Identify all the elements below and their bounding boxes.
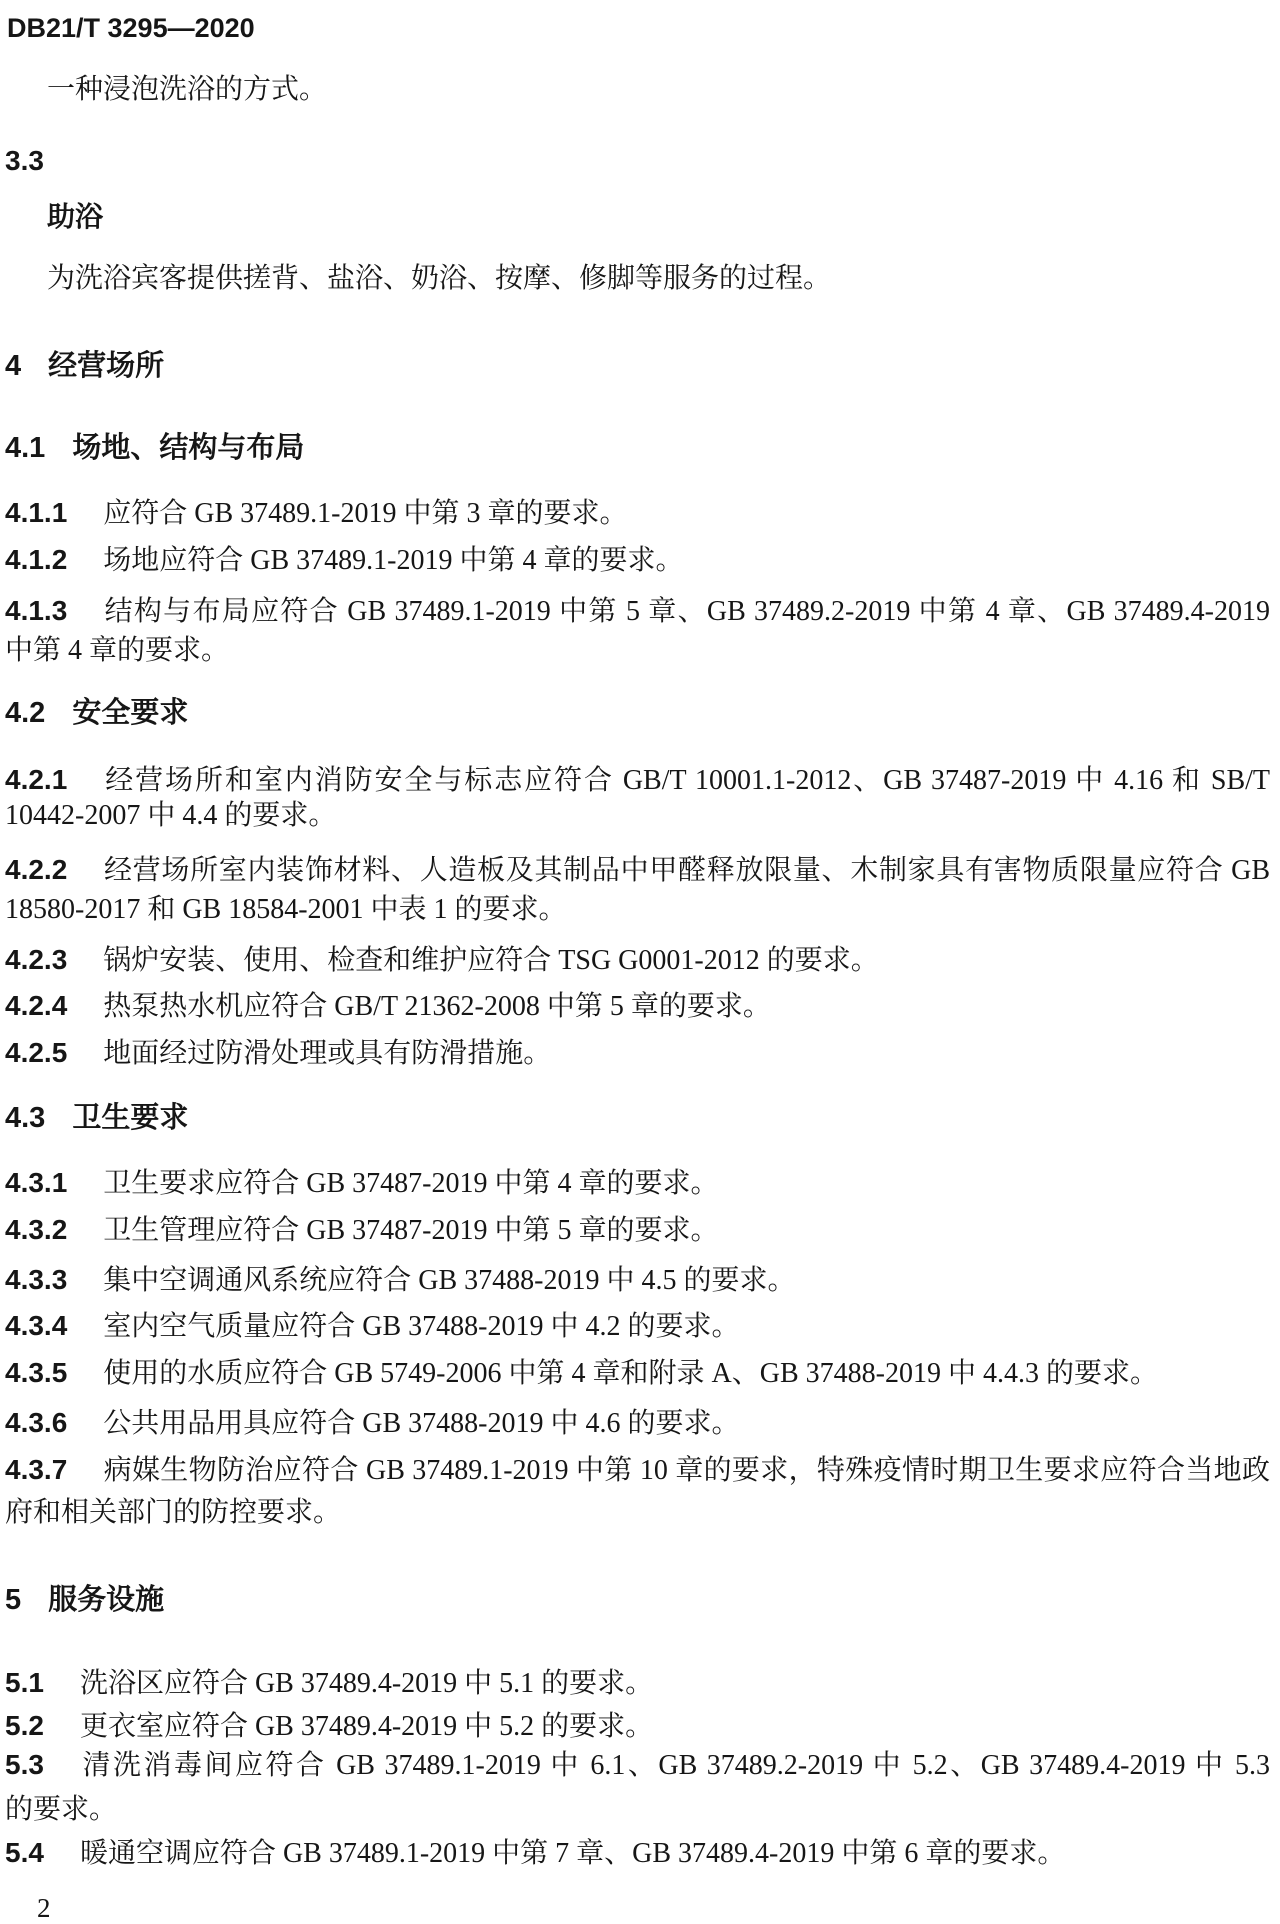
clause-number: 4.3.6	[5, 1407, 67, 1438]
clause-text: 10442-2007 中 4.4 的要求。	[5, 800, 336, 831]
clause-number: 4.3.3	[5, 1264, 67, 1295]
clause-text: 地面经过防滑处理或具有防滑措施。	[103, 1038, 551, 1069]
heading-number: 4	[5, 350, 21, 382]
clause-number: 5.3	[5, 1749, 44, 1780]
clause-4-2-2-continuation: 18580-2017 和 GB 18584-2001 中表 1 的要求。	[5, 892, 567, 928]
clause-4-3-5: 4.3.5使用的水质应符合 GB 5749-2006 中第 4 章和附录 A、G…	[5, 1355, 1158, 1392]
clause-4-3-4: 4.3.4室内空气质量应符合 GB 37488-2019 中 4.2 的要求。	[5, 1308, 740, 1345]
clause-4-3-6: 4.3.6公共用品用具应符合 GB 37488-2019 中 4.6 的要求。	[5, 1405, 740, 1442]
clause-text: 场地应符合 GB 37489.1-2019 中第 4 章的要求。	[103, 545, 683, 576]
section-heading-4-1: 4.1场地、结构与布局	[5, 430, 304, 466]
clause-4-2-5: 4.2.5地面经过防滑处理或具有防滑措施。	[5, 1035, 551, 1072]
clause-number: 4.3.7	[5, 1454, 67, 1485]
heading-title: 安全要求	[72, 697, 188, 729]
section-heading-4-3: 4.3卫生要求	[5, 1100, 188, 1136]
clause-text: 洗浴区应符合 GB 37489.4-2019 中 5.1 的要求。	[80, 1668, 653, 1699]
clause-text: 使用的水质应符合 GB 5749-2006 中第 4 章和附录 A、GB 374…	[103, 1358, 1158, 1389]
clause-4-1-3-continuation: 中第 4 章的要求。	[5, 633, 229, 669]
heading-number: 4.2	[5, 697, 45, 729]
clause-text: 清洗消毒间应符合 GB 37489.1-2019 中 6.1、GB 37489.…	[80, 1750, 1270, 1781]
clause-5-3-continuation: 的要求。	[5, 1792, 117, 1828]
clause-4-3-7: 4.3.7病媒生物防治应符合 GB 37489.1-2019 中第 10 章的要…	[5, 1452, 1270, 1489]
page-number: 2	[37, 1890, 51, 1924]
clause-number: 4.3.5	[5, 1357, 67, 1388]
clause-number: 4.2.5	[5, 1037, 67, 1068]
document-page: DB21/T 3295—2020 一种浸泡洗浴的方式。 3.3 助浴 为洗浴宾客…	[0, 0, 1280, 1924]
clause-number: 4.2.3	[5, 944, 67, 975]
clause-number: 4.1.3	[5, 595, 67, 626]
clause-text: 病媒生物防治应符合 GB 37489.1-2019 中第 10 章的要求，特殊疫…	[103, 1455, 1270, 1486]
clause-4-3-1: 4.3.1卫生要求应符合 GB 37487-2019 中第 4 章的要求。	[5, 1165, 719, 1202]
clause-number: 4.3.4	[5, 1310, 67, 1341]
clause-text: 18580-2017 和 GB 18584-2001 中表 1 的要求。	[5, 894, 567, 925]
clause-5-4: 5.4暖通空调应符合 GB 37489.1-2019 中第 7 章、GB 374…	[5, 1835, 1065, 1872]
heading-number: 5	[5, 1584, 21, 1616]
heading-title: 场地、结构与布局	[72, 432, 304, 464]
clause-number: 4.2.1	[5, 764, 67, 795]
clause-4-1-3: 4.1.3结构与布局应符合 GB 37489.1-2019 中第 5 章、GB …	[5, 593, 1270, 630]
definition-text: 为洗浴宾客提供搓背、盐浴、奶浴、按摩、修脚等服务的过程。	[47, 263, 831, 294]
clause-text: 锅炉安装、使用、检查和维护应符合 TSG G0001-2012 的要求。	[103, 945, 878, 976]
clause-5-2: 5.2更衣室应符合 GB 37489.4-2019 中 5.2 的要求。	[5, 1708, 653, 1745]
heading-number: 4.1	[5, 432, 45, 464]
clause-text: 更衣室应符合 GB 37489.4-2019 中 5.2 的要求。	[80, 1711, 653, 1742]
clause-text: 经营场所和室内消防安全与标志应符合 GB/T 10001.1-2012、GB 3…	[103, 765, 1270, 796]
clause-4-2-1-continuation: 10442-2007 中 4.4 的要求。	[5, 798, 336, 834]
clause-4-1-1: 4.1.1应符合 GB 37489.1-2019 中第 3 章的要求。	[5, 495, 628, 532]
definition-text: 一种浸泡洗浴的方式。	[47, 74, 327, 105]
clause-number: 4.3.1	[5, 1167, 67, 1198]
clause-text: 热泵热水机应符合 GB/T 21362-2008 中第 5 章的要求。	[103, 991, 771, 1022]
clause-4-1-2: 4.1.2场地应符合 GB 37489.1-2019 中第 4 章的要求。	[5, 542, 684, 579]
clause-text: 集中空调通风系统应符合 GB 37488-2019 中 4.5 的要求。	[103, 1265, 795, 1296]
clause-text: 中第 4 章的要求。	[5, 635, 229, 666]
term-heading-zhuyu: 助浴	[47, 199, 103, 235]
clause-text: 公共用品用具应符合 GB 37488-2019 中 4.6 的要求。	[103, 1408, 739, 1439]
clause-text: 经营场所室内装饰材料、人造板及其制品中甲醛释放限量、木制家具有害物质限量应符合 …	[103, 855, 1270, 886]
clause-number: 3.3	[5, 145, 44, 176]
clause-number: 5.4	[5, 1837, 44, 1868]
heading-title: 经营场所	[48, 350, 164, 382]
section-heading-4: 4经营场所	[5, 348, 164, 384]
clause-number: 5.2	[5, 1710, 44, 1741]
clause-4-2-4: 4.2.4热泵热水机应符合 GB/T 21362-2008 中第 5 章的要求。	[5, 988, 771, 1025]
heading-title: 服务设施	[48, 1584, 164, 1616]
clause-text: 卫生要求应符合 GB 37487-2019 中第 4 章的要求。	[103, 1168, 718, 1199]
clause-text: 卫生管理应符合 GB 37487-2019 中第 5 章的要求。	[103, 1215, 718, 1246]
clause-4-3-7-continuation: 府和相关部门的防控要求。	[5, 1495, 341, 1531]
clause-4-3-3: 4.3.3集中空调通风系统应符合 GB 37488-2019 中 4.5 的要求…	[5, 1262, 796, 1299]
heading-title: 卫生要求	[72, 1102, 188, 1134]
doc-number-header: DB21/T 3295—2020	[7, 10, 255, 46]
clause-text: 府和相关部门的防控要求。	[5, 1497, 341, 1528]
clause-text: 室内空气质量应符合 GB 37488-2019 中 4.2 的要求。	[103, 1311, 739, 1342]
clause-number: 4.2.2	[5, 854, 67, 885]
definition-text-3-3: 为洗浴宾客提供搓背、盐浴、奶浴、按摩、修脚等服务的过程。	[47, 261, 831, 297]
clause-4-2-2: 4.2.2经营场所室内装饰材料、人造板及其制品中甲醛释放限量、木制家具有害物质限…	[5, 852, 1270, 889]
section-heading-5: 5服务设施	[5, 1582, 164, 1618]
clause-4-2-1: 4.2.1经营场所和室内消防安全与标志应符合 GB/T 10001.1-2012…	[5, 762, 1270, 799]
section-heading-4-2: 4.2安全要求	[5, 695, 188, 731]
clause-text: 结构与布局应符合 GB 37489.1-2019 中第 5 章、GB 37489…	[103, 596, 1270, 627]
clause-4-2-3: 4.2.3锅炉安装、使用、检查和维护应符合 TSG G0001-2012 的要求…	[5, 942, 879, 979]
heading-number: 4.3	[5, 1102, 45, 1134]
clause-number: 5.1	[5, 1667, 44, 1698]
clause-number: 4.2.4	[5, 990, 67, 1021]
clause-number: 4.1.2	[5, 544, 67, 575]
clause-number: 4.3.2	[5, 1214, 67, 1245]
clause-4-3-2: 4.3.2卫生管理应符合 GB 37487-2019 中第 5 章的要求。	[5, 1212, 719, 1249]
clause-text: 暖通空调应符合 GB 37489.1-2019 中第 7 章、GB 37489.…	[80, 1838, 1065, 1869]
clause-text: 应符合 GB 37489.1-2019 中第 3 章的要求。	[103, 498, 627, 529]
clause-5-3: 5.3清洗消毒间应符合 GB 37489.1-2019 中 6.1、GB 374…	[5, 1747, 1270, 1784]
definition-text-3-2: 一种浸泡洗浴的方式。	[47, 72, 327, 108]
clause-number: 4.1.1	[5, 497, 67, 528]
term-number-3-3: 3.3	[5, 143, 80, 180]
clause-5-1: 5.1洗浴区应符合 GB 37489.4-2019 中 5.1 的要求。	[5, 1665, 653, 1702]
clause-text: 的要求。	[5, 1794, 117, 1825]
